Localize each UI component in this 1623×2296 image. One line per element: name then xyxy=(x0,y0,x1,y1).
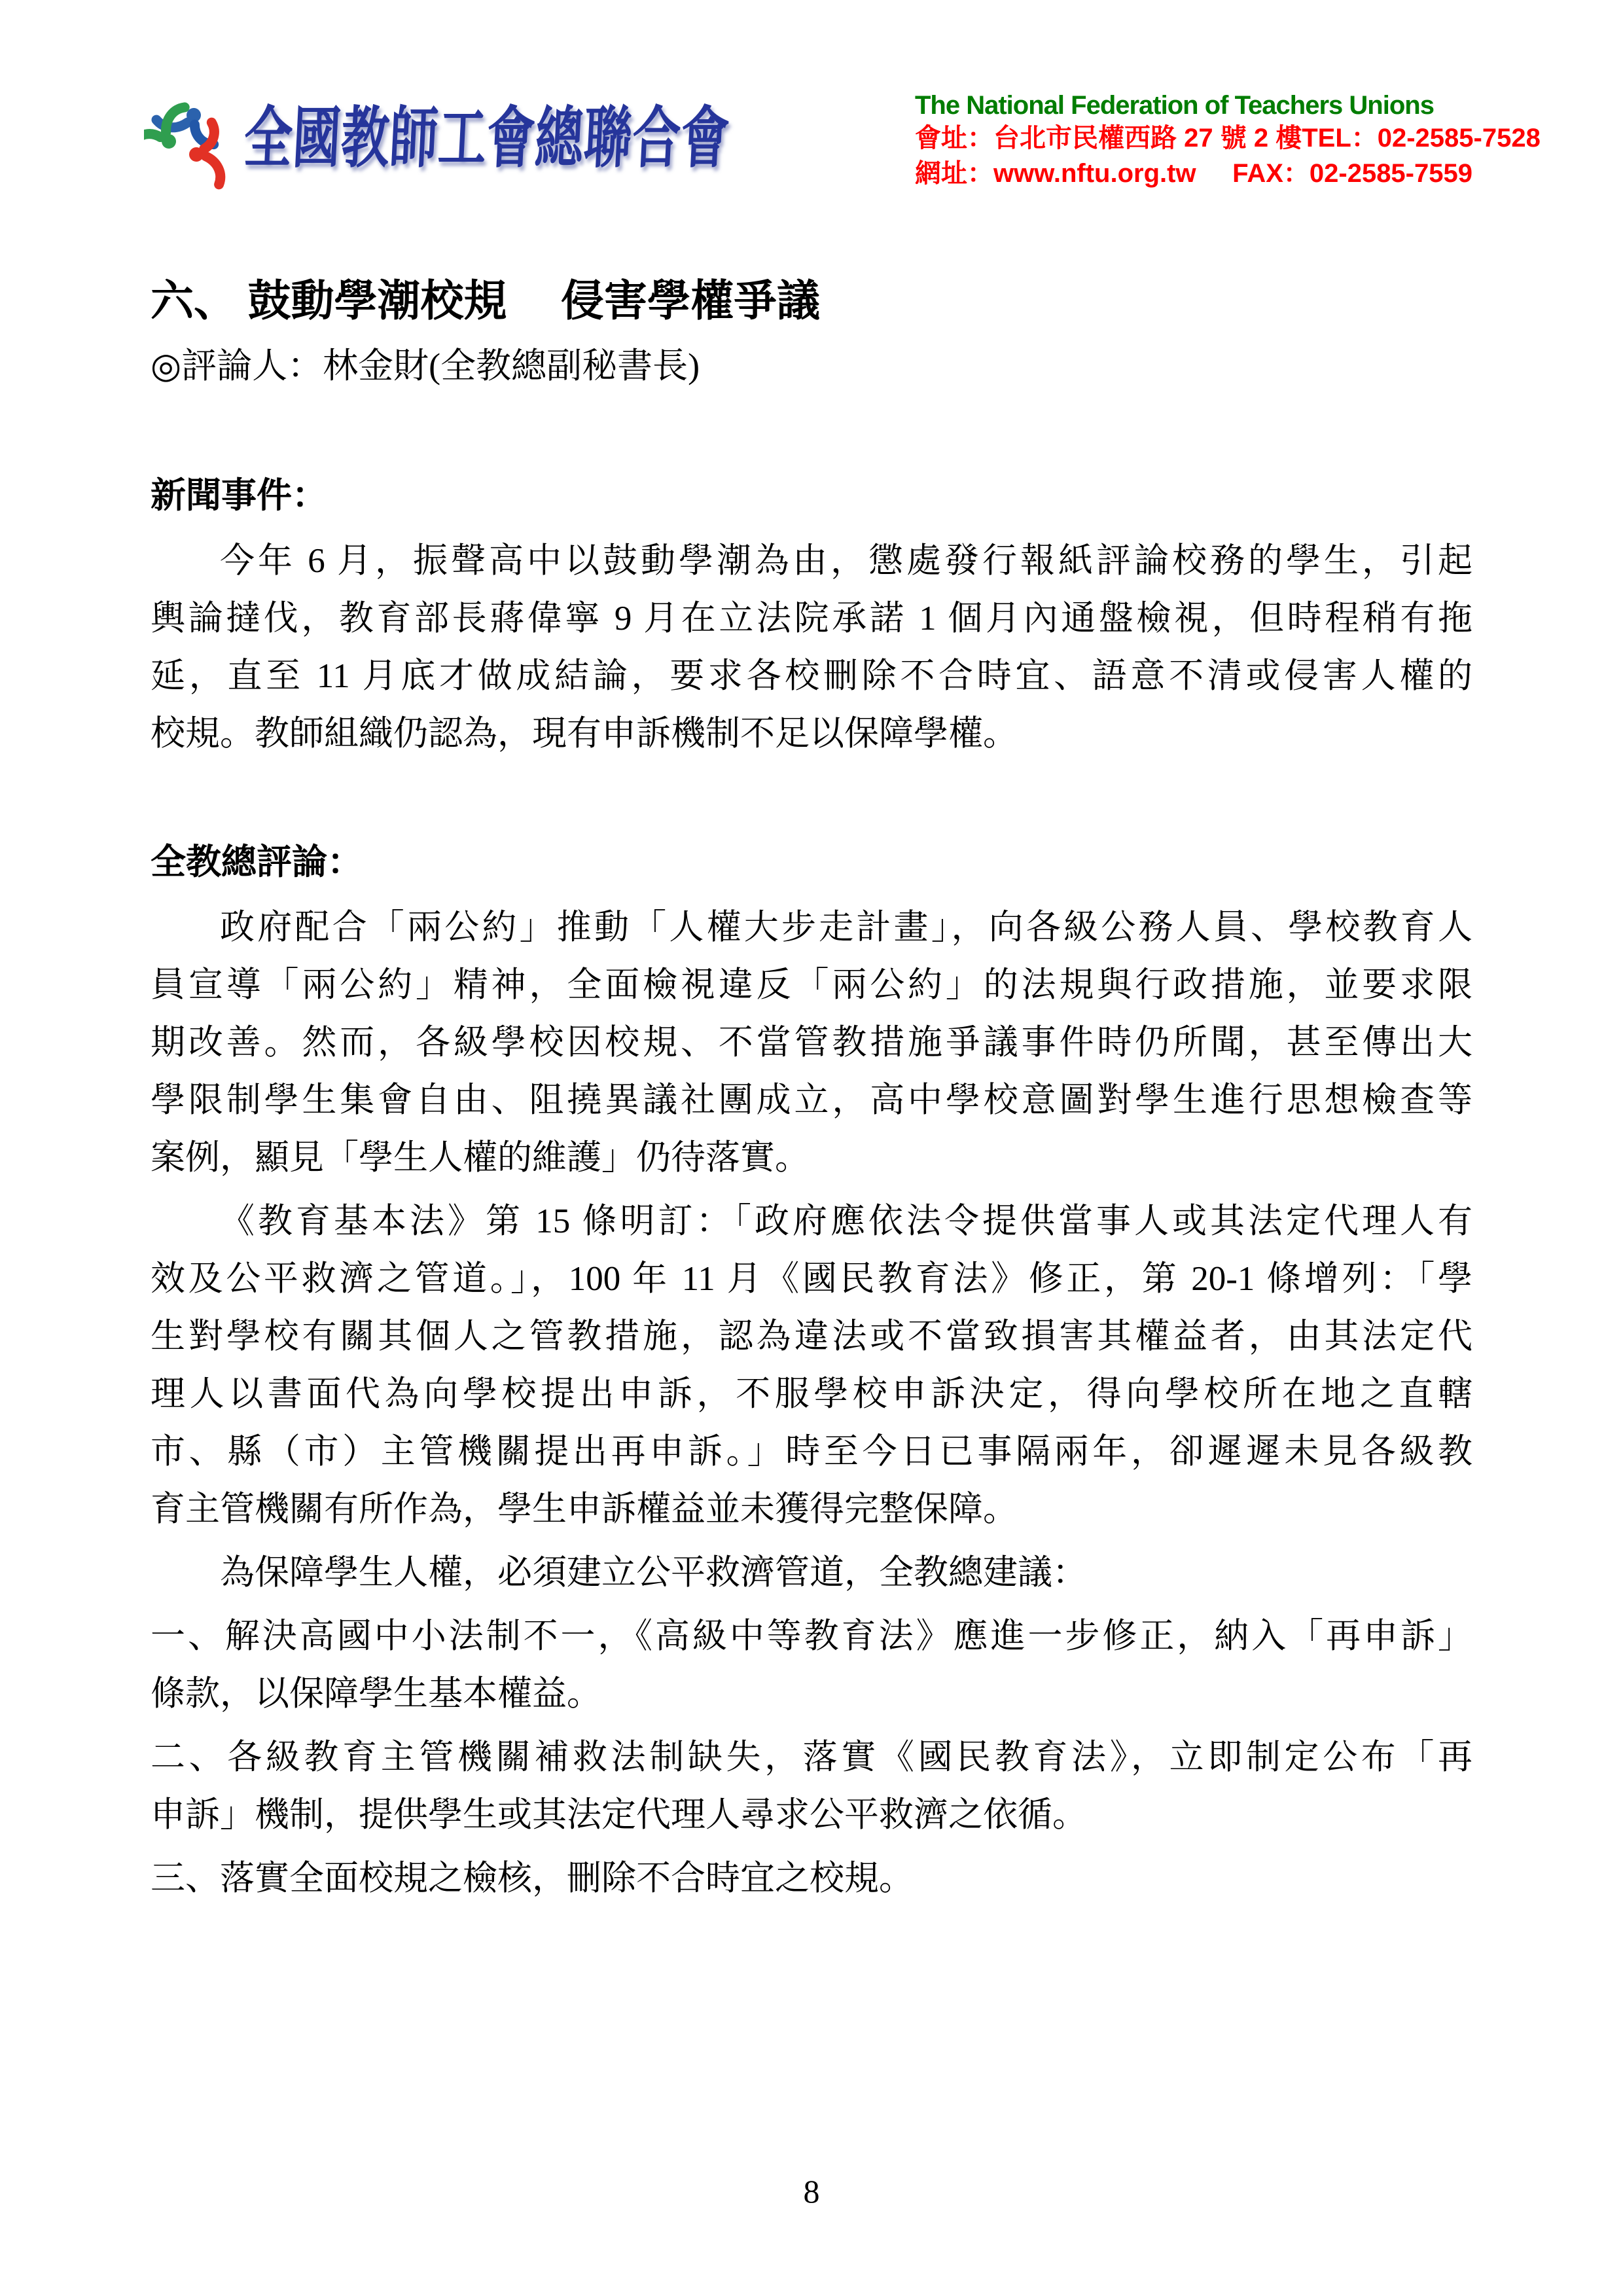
document-sections: 新聞事件： 今年 6 月，振聲高中以鼓動學潮為由，懲處發行報紙評論校務的學生，引… xyxy=(151,467,1472,1907)
text-line: 三、落實全面校規之檢核，刪除不合時宜之校規。 xyxy=(151,1850,1472,1907)
section-heading: 新聞事件： xyxy=(151,467,1472,524)
text-line: 育主管機關有所作為，學生申訴權益並未獲得完整保障。 xyxy=(151,1480,1472,1538)
document-body: 六、 鼓動學潮校規 侵害學權爭議 ◎評論人：林金財(全教總副秘書長) 新聞事件：… xyxy=(151,270,1472,1907)
commentator-line: ◎評論人：林金財(全教總副秘書長) xyxy=(151,336,1472,396)
tel-label: TEL：02-2585-7528 xyxy=(1302,120,1541,156)
paragraph: 《教育基本法》第 15 條明訂：「政府應依法令提供當事人或其法定代理人有效及公平… xyxy=(151,1193,1472,1538)
website-label: 網址：www.nftu.org.tw xyxy=(915,156,1196,191)
text-line: 員宣導「兩公約」精神，全面檢視違反「兩公約」的法規與行政措施，並要求限 xyxy=(151,956,1472,1014)
text-line: 條款，以保障學生基本權益。 xyxy=(151,1665,1472,1723)
text-line: 一、解決高國中小法制不一，《高級中等教育法》應進一步修正，納入「再申訴」 xyxy=(151,1607,1472,1665)
contact-row-1: 會址：台北市民權西路 27 號 2 樓 TEL：02-2585-7528 xyxy=(915,120,1472,156)
page-number: 8 xyxy=(0,2172,1623,2211)
paragraph: 三、落實全面校規之檢核，刪除不合時宜之校規。 xyxy=(151,1850,1472,1907)
paragraph: 為保障學生人權，必須建立公平救濟管道，全教總建議： xyxy=(151,1544,1472,1602)
document-section: 全教總評論： 政府配合「兩公約」推動「人權大步走計畫」，向各級公務人員、學校教育… xyxy=(151,833,1472,1907)
text-line: 理人以書面代為向學校提出申訴，不服學校申訴決定，得向學校所在地之直轄 xyxy=(151,1365,1472,1423)
organization-logo: 全國教師工會總聯合會 xyxy=(144,85,918,193)
contact-block: The National Federation of Teachers Unio… xyxy=(915,90,1472,191)
document-page: 全國教師工會總聯合會 The National Federation of Te… xyxy=(0,0,1623,2296)
text-line: 案例，顯見「學生人權的維護」仍待落實。 xyxy=(151,1129,1472,1187)
text-line: 延，直至 11 月底才做成結論，要求各校刪除不合時宜、語意不清或侵害人權的 xyxy=(151,647,1472,705)
text-line: 市、縣（市）主管機關提出再申訴。」時至今日已事隔兩年，卻遲遲未見各級教 xyxy=(151,1423,1472,1480)
organization-name-en: The National Federation of Teachers Unio… xyxy=(915,90,1472,120)
paragraph: 今年 6 月，振聲高中以鼓動學潮為由，懲處發行報紙評論校務的學生，引起輿論撻伐，… xyxy=(151,532,1472,762)
text-line: 效及公平救濟之管道。」，100 年 11 月《國民教育法》修正，第 20-1 條… xyxy=(151,1250,1472,1308)
contact-row-2: 網址：www.nftu.org.tw FAX：02-2585-7559 xyxy=(915,156,1472,191)
paragraph: 二、各級教育主管機關補救法制缺失，落實《國民教育法》，立即制定公布「再申訴」機制… xyxy=(151,1729,1472,1844)
page-header: 全國教師工會總聯合會 The National Federation of Te… xyxy=(144,85,1472,203)
text-line: 政府配合「兩公約」推動「人權大步走計畫」，向各級公務人員、學校教育人 xyxy=(151,899,1472,956)
text-line: 期改善。然而，各級學校因校規、不當管教措施爭議事件時仍所聞，甚至傳出大 xyxy=(151,1014,1472,1071)
text-line: 為保障學生人權，必須建立公平救濟管道，全教總建議： xyxy=(151,1544,1472,1602)
page-title: 六、 鼓動學潮校規 侵害學權爭議 xyxy=(151,270,1472,333)
fax-label: FAX：02-2585-7559 xyxy=(1232,156,1472,191)
text-line: 《教育基本法》第 15 條明訂：「政府應依法令提供當事人或其法定代理人有 xyxy=(151,1193,1472,1250)
text-line: 今年 6 月，振聲高中以鼓動學潮為由，懲處發行報紙評論校務的學生，引起 xyxy=(151,532,1472,590)
paragraph: 一、解決高國中小法制不一，《高級中等教育法》應進一步修正，納入「再申訴」條款，以… xyxy=(151,1607,1472,1723)
text-line: 校規。教師組織仍認為，現有申訴機制不足以保障學權。 xyxy=(151,705,1472,762)
paragraph: 政府配合「兩公約」推動「人權大步走計畫」，向各級公務人員、學校教育人員宣導「兩公… xyxy=(151,899,1472,1187)
address-label: 會址：台北市民權西路 27 號 2 樓 xyxy=(915,120,1302,156)
text-line: 學限制學生集會自由、阻撓異議社團成立，高中學校意圖對學生進行思想檢查等 xyxy=(151,1071,1472,1129)
text-line: 生對學校有關其個人之管教措施，認為違法或不當致損害其權益者，由其法定代 xyxy=(151,1308,1472,1365)
section-paragraphs: 今年 6 月，振聲高中以鼓動學潮為由，懲處發行報紙評論校務的學生，引起輿論撻伐，… xyxy=(151,532,1472,762)
text-line: 二、各級教育主管機關補救法制缺失，落實《國民教育法》，立即制定公布「再 xyxy=(151,1729,1472,1786)
section-heading: 全教總評論： xyxy=(151,833,1472,891)
organization-name-zh: 全國教師工會總聯合會 xyxy=(241,85,732,193)
text-line: 申訴」機制，提供學生或其法定代理人尋求公平救濟之依循。 xyxy=(151,1786,1472,1844)
document-section: 新聞事件： 今年 6 月，振聲高中以鼓動學潮為由，懲處發行報紙評論校務的學生，引… xyxy=(151,467,1472,762)
section-paragraphs: 政府配合「兩公約」推動「人權大步走計畫」，向各級公務人員、學校教育人員宣導「兩公… xyxy=(151,899,1472,1907)
federation-logo-icon xyxy=(144,85,226,193)
text-line: 輿論撻伐，教育部長蔣偉寧 9 月在立法院承諾 1 個月內通盤檢視，但時程稍有拖 xyxy=(151,590,1472,647)
